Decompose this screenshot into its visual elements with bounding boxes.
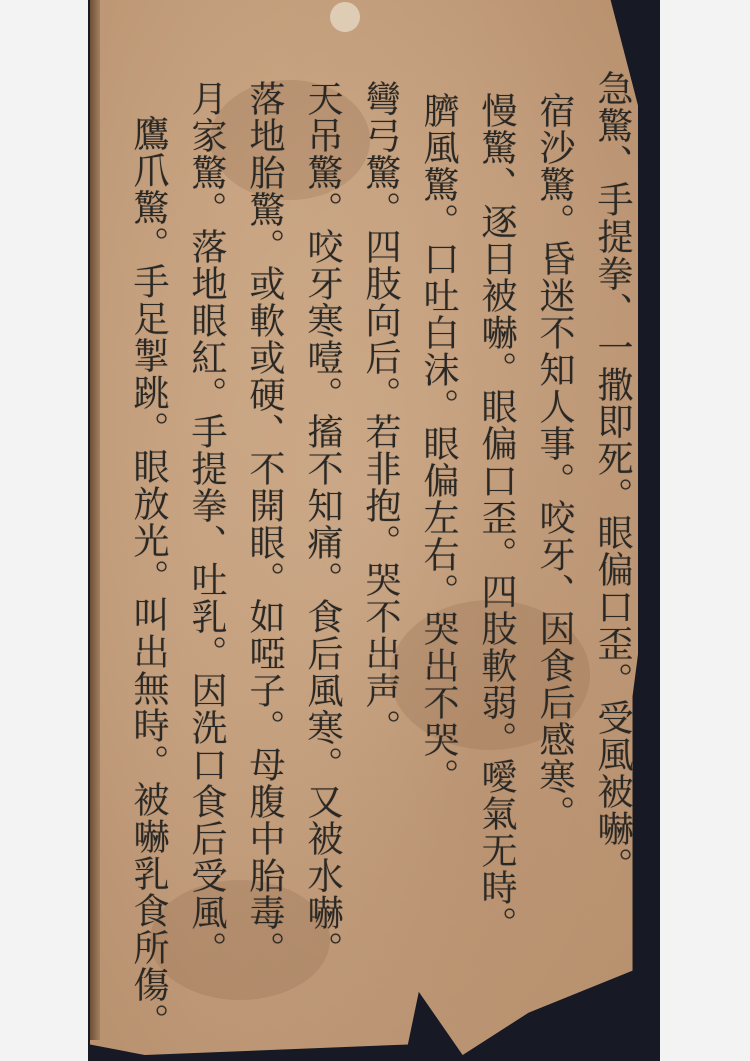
text-column-6: 天吊驚。咬牙寒噎。搐不知痛。食后風寒。又被水嚇。 <box>294 80 350 970</box>
text-column-7: 落地胎驚。或軟或硬、不開眼。如啞子。母腹中胎毒。 <box>236 80 292 970</box>
text-column-3: 慢驚、逐日被嚇。眼偏口歪。四肢軟弱。噯氣无時。 <box>468 92 524 970</box>
text-column-8: 月家驚。落地眼紅。手提拳、吐乳。因洗口食后受風。 <box>178 80 234 970</box>
paper-tear <box>330 2 360 32</box>
text-column-1: 急驚、手提拳、一撒即死。眼偏口歪。受風被嚇。 <box>584 70 640 970</box>
text-columns: 急驚、手提拳、一撒即死。眼偏口歪。受風被嚇。 宿沙驚。昏迷不知人事。咬牙、因食后… <box>120 70 640 970</box>
text-column-5: 彎弓驚。四肢向后。若非抱。哭不出声。 <box>352 80 408 970</box>
book-spine <box>90 0 100 1040</box>
text-column-2: 宿沙驚。昏迷不知人事。咬牙、因食后感寒。 <box>526 92 582 970</box>
text-column-4: 臍風驚。口吐白沫。眼偏左右。哭出不哭。 <box>410 92 466 970</box>
text-column-9: 鷹爪驚。手足掣跳。眼放光。叫出無時。被嚇乳食所傷。 <box>120 115 176 970</box>
